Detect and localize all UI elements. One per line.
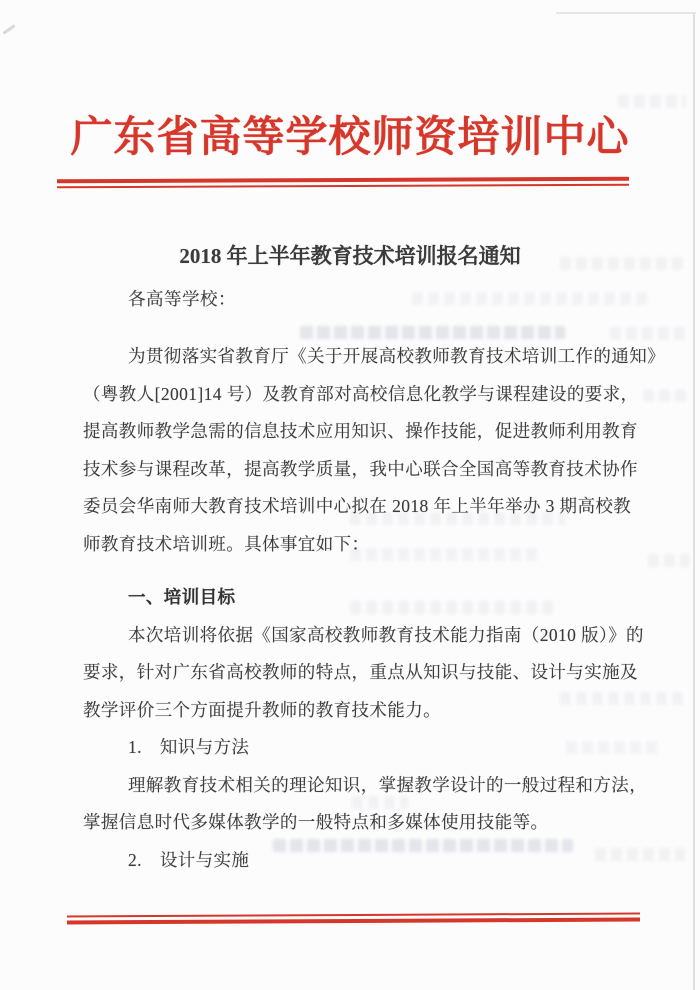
bleed-smudge bbox=[412, 292, 652, 305]
salutation: 各高等学校： bbox=[128, 286, 236, 311]
scanned-notice-page: 广东省高等学校师资培训中心 2018 年上半年教育技术培训报名通知 各高等学校：… bbox=[0, 0, 700, 990]
bleed-smudge bbox=[643, 389, 689, 402]
document-line: 教学评价三个方面提升教师的教育技术能力。 bbox=[83, 692, 628, 730]
document-line: 理解教育技术相关的理论知识，掌握教学设计的一般过程和方法， bbox=[83, 767, 628, 805]
document-title: 2018 年上半年教育技术培训报名通知 bbox=[0, 240, 700, 270]
scan-corner-mark bbox=[2, 24, 15, 34]
document-line: 本次培训将依据《国家高校教师教育技术能力指南（2010 版）》的 bbox=[83, 617, 628, 655]
document-line: 师教育技术培训班。具体事宜如下： bbox=[83, 526, 628, 564]
bleed-smudge bbox=[648, 554, 690, 567]
letterhead-rule bbox=[57, 177, 629, 188]
document-line: 1. 知识与方法 bbox=[83, 729, 628, 767]
document-line: 掌握信息时代多媒体教学的一般特点和多媒体使用技能等。 bbox=[83, 804, 628, 842]
scan-edge-top bbox=[556, 12, 696, 14]
document-line: （粤教人[2001]14 号）及教育部对高校信息化教学与课程建设的要求， bbox=[83, 376, 628, 414]
footer-rule bbox=[67, 912, 640, 924]
document-line: 提高教师教学急需的信息技术应用知识、操作技能，促进教师利用教育 bbox=[83, 413, 628, 451]
document-line: 为贯彻落实省教育厅《关于开展高校教师教育技术培训工作的通知》 bbox=[83, 338, 628, 376]
document-body: 为贯彻落实省教育厅《关于开展高校教师教育技术培训工作的通知》（粤教人[2001]… bbox=[83, 338, 628, 879]
document-line: 2. 设计与实施 bbox=[83, 842, 628, 880]
letterhead-org-name: 广东省高等学校师资培训中心 bbox=[0, 104, 700, 164]
document-line: 要求，针对广东省高校教师的特点，重点从知识与技能、设计与实施及 bbox=[83, 654, 628, 692]
document-line: 技术参与课程改革，提高教学质量，我中心联合全国高等教育技术协作 bbox=[83, 451, 628, 489]
document-line: 一、培训目标 bbox=[83, 579, 628, 617]
document-line: 委员会华南师大教育技术培训中心拟在 2018 年上半年举办 3 期高校教 bbox=[83, 488, 628, 526]
